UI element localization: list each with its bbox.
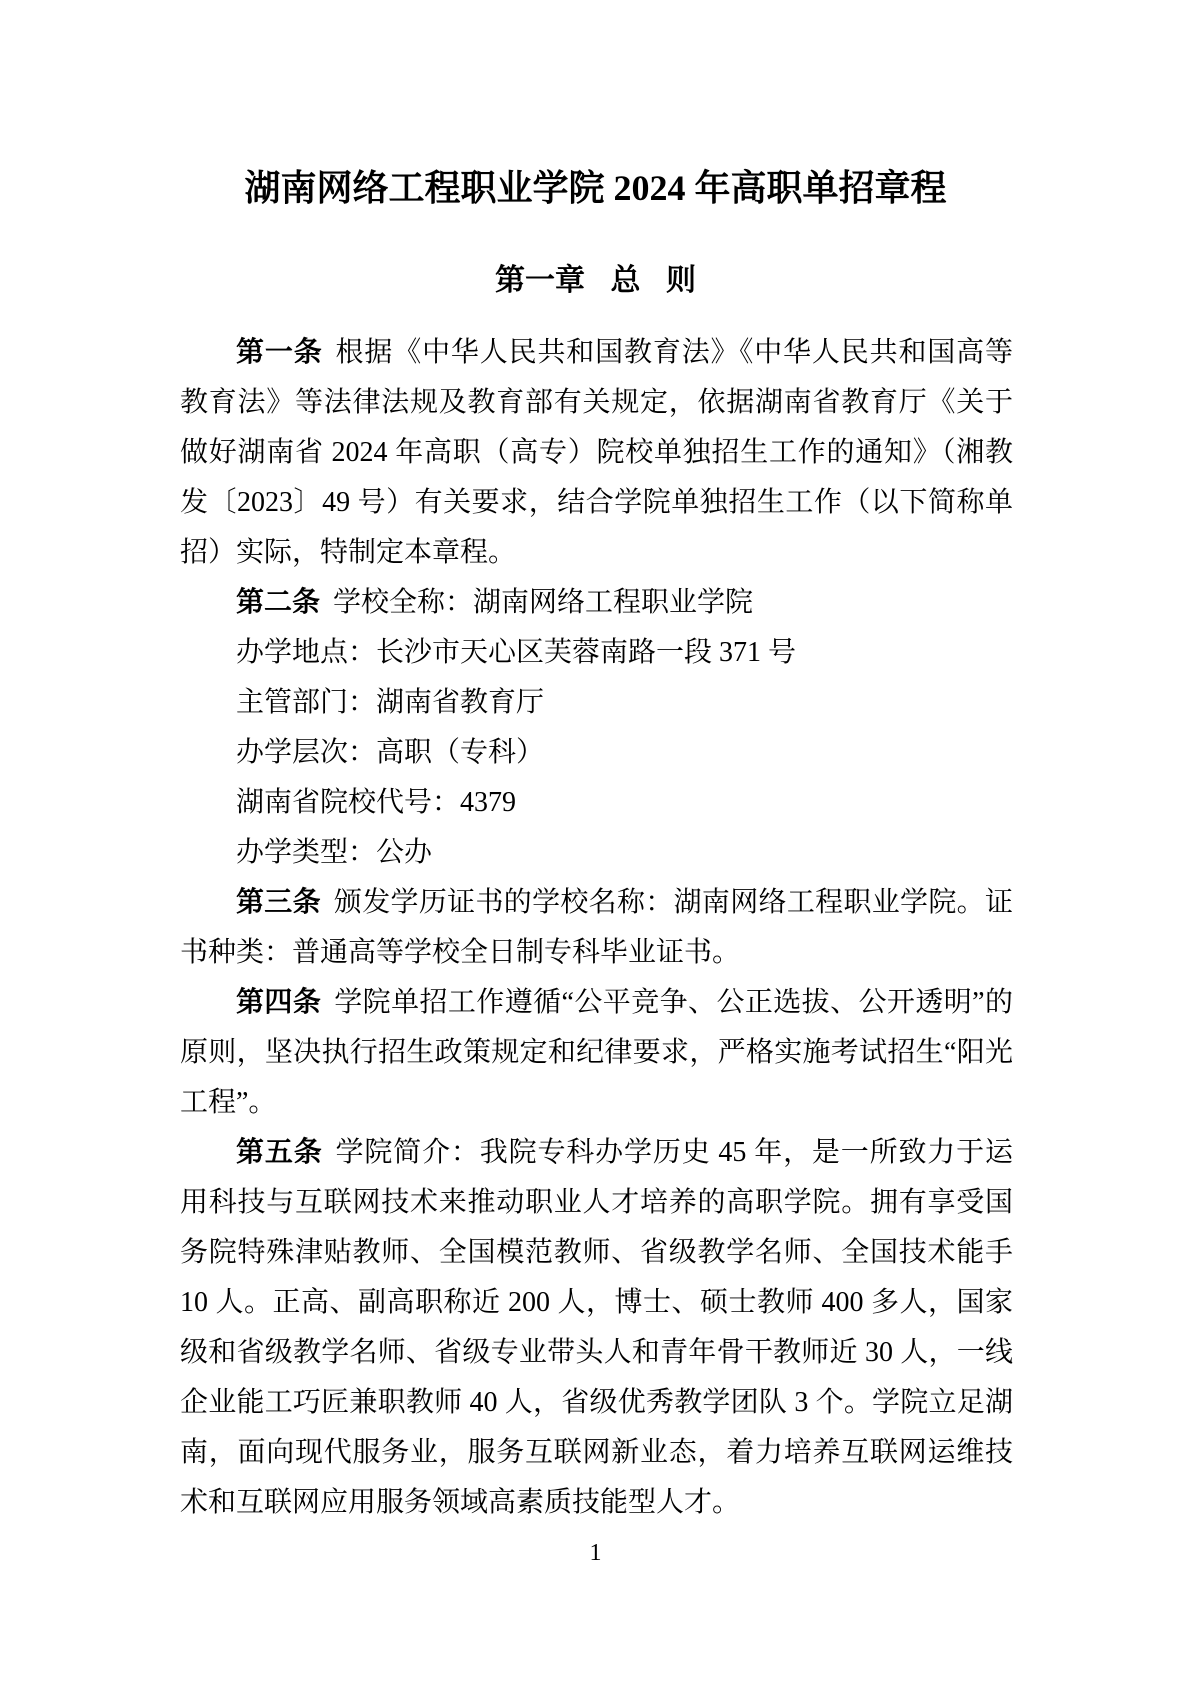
article-paragraph: 第一条根据《中华人民共和国教育法》《中华人民共和国高等教育法》等法律法规及教育部… [180, 328, 1013, 578]
article-label: 第三条 [236, 887, 321, 918]
article-paragraph: 第二条学校全称：湖南网络工程职业学院 [180, 578, 1013, 628]
info-line: 办学地点：长沙市天心区芙蓉南路一段 371 号 [180, 628, 1013, 678]
article-label: 第一条 [236, 337, 323, 368]
info-line-text: 办学地点：长沙市天心区芙蓉南路一段 371 号 [236, 637, 796, 668]
document-page: 湖南网络工程职业学院 2024 年高职单招章程 第一章 总 则 第一条根据《中华… [0, 0, 1191, 1684]
article-label: 第四条 [236, 987, 321, 1018]
article-label: 第五条 [236, 1137, 323, 1168]
article-paragraph: 第五条学院简介：我院专科办学历史 45 年，是一所致力于运用科技与互联网技术来推… [180, 1128, 1013, 1528]
info-line-text: 办学层次：高职（专科） [236, 737, 544, 768]
article-text: 学院简介：我院专科办学历史 45 年，是一所致力于运用科技与互联网技术来推动职业… [180, 1137, 1013, 1518]
chapter-heading: 第一章 总 则 [0, 260, 1191, 302]
info-line-text: 办学类型：公办 [236, 837, 432, 868]
article-text: 根据《中华人民共和国教育法》《中华人民共和国高等教育法》等法律法规及教育部有关规… [180, 337, 1013, 568]
info-line: 湖南省院校代号：4379 [180, 778, 1013, 828]
document-title: 湖南网络工程职业学院 2024 年高职单招章程 [0, 164, 1191, 212]
article-paragraph: 第四条学院单招工作遵循“公平竞争、公正选拔、公开透明”的原则，坚决执行招生政策规… [180, 978, 1013, 1128]
info-line: 办学层次：高职（专科） [180, 728, 1013, 778]
document-body: 第一条根据《中华人民共和国教育法》《中华人民共和国高等教育法》等法律法规及教育部… [180, 328, 1013, 1528]
info-line-text: 主管部门：湖南省教育厅 [236, 687, 544, 718]
info-line: 办学类型：公办 [180, 828, 1013, 878]
page-number: 1 [0, 1537, 1191, 1569]
article-text: 学校全称：湖南网络工程职业学院 [333, 587, 753, 618]
info-line-text: 湖南省院校代号：4379 [236, 787, 516, 818]
article-label: 第二条 [236, 587, 320, 618]
info-line: 主管部门：湖南省教育厅 [180, 678, 1013, 728]
article-paragraph: 第三条颁发学历证书的学校名称：湖南网络工程职业学院。证书种类：普通高等学校全日制… [180, 878, 1013, 978]
